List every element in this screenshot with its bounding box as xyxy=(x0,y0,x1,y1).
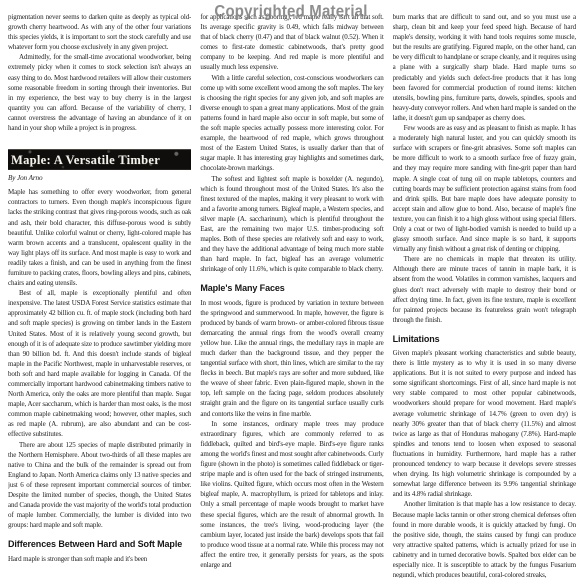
paragraph: With a little careful selection, cost-co… xyxy=(200,73,383,174)
paragraph: Maple has something to offer every woodw… xyxy=(8,187,191,288)
column-3: burn marks that are difficult to sand ou… xyxy=(393,12,576,578)
paragraph: Few woods are as easy and as pleasant to… xyxy=(393,123,576,254)
text-columns: pigmentation never seems to darken quite… xyxy=(8,12,576,578)
paragraph: Given maple's pleasant working character… xyxy=(393,348,576,499)
paragraph: Best of all, maple is exceptionally plen… xyxy=(8,288,191,439)
paragraph: In most woods, figure is produced by var… xyxy=(200,298,383,419)
paragraph: burn marks that are difficult to sand ou… xyxy=(393,12,576,123)
paragraph: Admittedly, for the small-time avocation… xyxy=(8,52,191,133)
section-heading-limitations: Limitations xyxy=(393,334,576,344)
paragraph-clipped: Hard maple is stronger than soft maple a… xyxy=(8,554,191,564)
column-1: pigmentation never seems to darken quite… xyxy=(8,12,191,578)
paragraph: Another limitation is that maple has a l… xyxy=(393,499,576,578)
section-heading-differences: Differences Between Hard and Soft Maple xyxy=(8,539,191,549)
scanned-book-page: Copyrighted Material pigmentation never … xyxy=(0,0,582,578)
section-heading-many-faces: Maple's Many Faces xyxy=(200,283,383,293)
column-2: for applications such as flooring), red … xyxy=(200,12,383,578)
article-title: Maple: A Versatile Timber xyxy=(11,155,160,165)
paragraph: In some instances, ordinary maple trees … xyxy=(200,419,383,570)
paragraph: pigmentation never seems to darken quite… xyxy=(8,12,191,52)
article-title-banner: Maple: A Versatile Timber xyxy=(8,149,191,170)
paragraph: for applications such as flooring), red … xyxy=(200,12,383,73)
paragraph: The softest and lightest soft maple is b… xyxy=(200,174,383,275)
byline: By Jon Arno xyxy=(8,173,191,183)
paragraph: There are no chemicals in maple that thr… xyxy=(393,254,576,325)
paragraph: There are about 125 species of maple dis… xyxy=(8,440,191,531)
